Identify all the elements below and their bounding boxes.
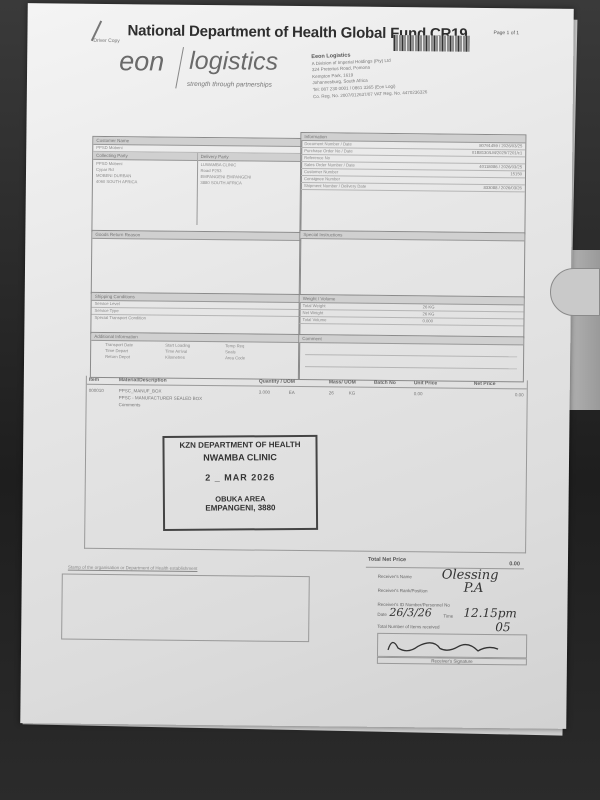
column-header: Quantity / UOM [259, 379, 329, 386]
company-address: Eeon Logistics A Division of Imperial Ho… [311, 49, 427, 100]
table-row: 000010PPSC_MANUF_BOX3.000EA26KG0.000.00 … [87, 385, 527, 415]
delivery-party-address: LUWAMBA CLINIC Road P253 EMPANGENI EMPAN… [197, 161, 301, 188]
signature-scribble [378, 634, 526, 658]
copy-type: Driver Copy [93, 38, 119, 44]
weight-row: Total Volume0.000 [299, 317, 523, 326]
weight-section: Weight / Volume Total Weight26 KGNet Wei… [298, 294, 524, 338]
comment-section: Comment [298, 334, 524, 382]
document-page: Driver Copy National Department of Healt… [20, 3, 574, 729]
information-rows: Document Number / Date80791459 / 2026/03… [301, 141, 526, 192]
receiver-items-value: 05 [495, 620, 510, 634]
information-section: Information Document Number / Date807914… [299, 132, 526, 234]
column-header: Material/Description [119, 377, 259, 384]
logo-divider [175, 47, 184, 88]
shipping-section: Shipping Conditions Service Level Servic… [90, 292, 300, 336]
logo-tagline: strength through partnerships [187, 81, 272, 89]
special-instructions-section: Special Instructions [299, 230, 526, 298]
thumb [550, 268, 600, 316]
additional-info-section: Additional Information Transport DateSta… [90, 332, 300, 380]
logo-logistics: logistics [189, 47, 278, 77]
receiver-section: Receiver's Name Olessing Receiver's Rank… [377, 571, 528, 669]
column-header: Unit Price [414, 380, 474, 387]
receiver-date-value: 26/3/26 [389, 606, 432, 619]
collecting-party-address: PPSD Mobeni Cypar Rd MOBENI DURBAN 4060 … [93, 160, 197, 187]
additional-info-field: Kilometres [165, 355, 225, 362]
org-stamp-label: Stamp of the organisation or Department … [68, 565, 198, 571]
goods-return-header: Goods Return Reason [92, 231, 300, 241]
special-instructions-header: Special Instructions [300, 231, 524, 241]
receiver-rank-value: P.A [464, 581, 484, 596]
stamp-date: 2 _ MAR 2026 [165, 472, 316, 483]
goods-return-section: Goods Return Reason [91, 230, 302, 296]
receiver-time-value: 12.15pm [463, 606, 517, 621]
additional-info-field: Return Depot [105, 354, 165, 361]
column-header: Net Price [474, 381, 524, 388]
column-header: Mass/ UOM [329, 379, 374, 385]
clinic-stamp: KZN DEPARTMENT OF HEALTH NWAMBA CLINIC 2… [162, 435, 318, 531]
column-header: Batch No [374, 380, 414, 386]
logo-eon: eon [119, 46, 164, 77]
column-header: Item [89, 377, 119, 383]
information-row: Shipment Number / Delivery Date833088 / … [301, 183, 525, 192]
page-number: Page 1 of 1 [493, 30, 519, 36]
additional-info-field: Area Code [225, 355, 285, 362]
customer-section: Customer Name PPSD Mobeni Collecting Par… [91, 136, 302, 234]
signature-box [377, 633, 527, 659]
org-stamp-box [61, 574, 310, 643]
